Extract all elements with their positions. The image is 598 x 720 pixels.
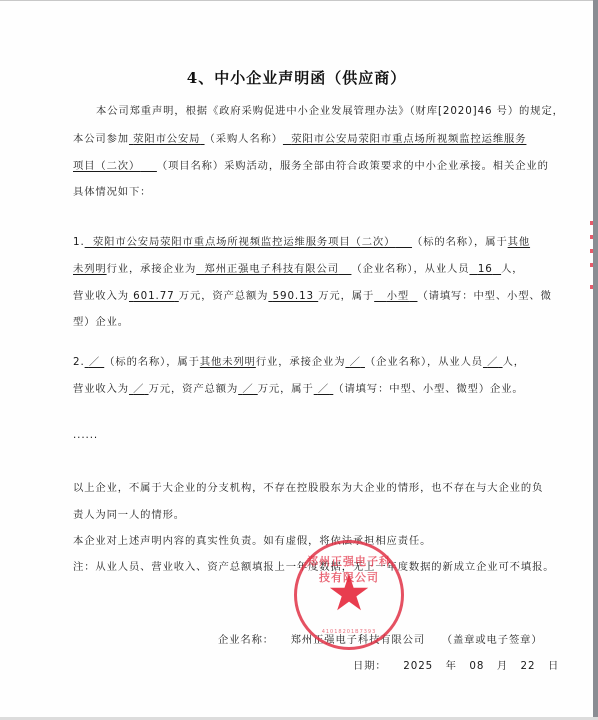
date-label: 日期： bbox=[353, 660, 387, 672]
item2-company: ／ bbox=[345, 356, 365, 368]
company-seal: 郑州正强电子科技有限公司 ★ 41018201B7393 bbox=[294, 540, 404, 650]
document-page: 4、中小企业声明函（供应商） 本公司郑重声明，根据《政府采购促进中小企业发展管理… bbox=[0, 1, 593, 717]
date-line: 日期： 2025 年 08 月 22 日 bbox=[353, 657, 559, 672]
item2-assets: ／ bbox=[238, 383, 258, 395]
intro-line-3: 项目（二次） （项目名称）采购活动，服务全部由符合政策要求的中小企业承接。相关企… bbox=[73, 157, 549, 172]
item1-assets: 590.13 bbox=[268, 290, 318, 302]
seal-hint: （盖章或电子签章） bbox=[442, 634, 543, 646]
year-unit: 年 bbox=[446, 660, 457, 672]
item1-line-3: 营业收入为 601.77 万元，资产总额为 590.13 万元，属于 小型 （请… bbox=[73, 287, 552, 302]
item2-contractor-label: 行业，承接企业为 bbox=[256, 356, 346, 368]
signature-company-label: 企业名称： bbox=[218, 634, 274, 646]
purchaser-label: （采购人名称） bbox=[205, 133, 283, 145]
item2-assets-label: 万元，资产总额为 bbox=[149, 383, 239, 395]
project-name-part2: 项目（二次） bbox=[73, 160, 157, 172]
project-name-part1: 荥阳市公安局荥阳市重点场所视频监控运维服务 bbox=[283, 133, 527, 145]
intro-text: 本公司郑重声明，根据《政府采购促进中小企业发展管理办法》（财库[2020]46 … bbox=[96, 105, 564, 117]
item2-size-hint: （请填写：中型、小型、微型）企业。 bbox=[333, 383, 523, 395]
date-day: 22 bbox=[521, 660, 536, 672]
item1-line-4: 型）企业。 bbox=[73, 313, 129, 328]
item2-industry: 其他未列明 bbox=[200, 356, 256, 368]
seal-code: 41018201B7393 bbox=[317, 629, 381, 635]
item1-revenue: 601.77 bbox=[129, 290, 179, 302]
date-month: 08 bbox=[469, 660, 484, 672]
item1-employees: 16 bbox=[469, 263, 501, 275]
item1-line-1: 1. 荥阳市公安局荥阳市重点场所视频监控运维服务项目（二次） （标的名称），属于… bbox=[73, 233, 530, 248]
item1-contractor-label: 行业，承接企业为 bbox=[107, 263, 197, 275]
intro-participate-label: 本公司参加 bbox=[73, 133, 129, 145]
item2-subject-label: （标的名称），属于 bbox=[104, 356, 200, 368]
item2-subject: ／ bbox=[85, 356, 105, 368]
item1-number: 1. bbox=[73, 236, 85, 248]
item1-company-label: （企业名称），从业人员 bbox=[351, 263, 469, 275]
item1-assets-label: 万元，资产总额为 bbox=[179, 290, 269, 302]
item1-company: 郑州正强电子科技有限公司 bbox=[196, 263, 351, 275]
item1-subject-label: （标的名称），属于 bbox=[412, 236, 508, 248]
statement-1-line-2: 责人为同一人的情形。 bbox=[73, 506, 185, 521]
item2-line-1: 2. ／ （标的名称），属于其他未列明行业，承接企业为 ／ （企业名称），从业人… bbox=[73, 353, 525, 368]
month-unit: 月 bbox=[497, 660, 508, 672]
item1-industry: 其他 bbox=[508, 236, 530, 248]
intro-line-2: 本公司参加 荥阳市公安局 （采购人名称） 荥阳市公安局荥阳市重点场所视频监控运维… bbox=[73, 130, 526, 145]
item1-size-label: 万元，属于 bbox=[318, 290, 374, 302]
item2-size: ／ bbox=[314, 383, 334, 395]
item1-line-2: 未列明行业，承接企业为 郑州正强电子科技有限公司 （企业名称），从业人员 16 … bbox=[73, 260, 523, 275]
purchaser-name: 荥阳市公安局 bbox=[129, 133, 205, 145]
item1-size-hint: （请填写：中型、小型、微 bbox=[417, 290, 551, 302]
item1-size: 小型 bbox=[374, 290, 417, 302]
statement-2: 本企业对上述声明内容的真实性负责。如有虚假，将依法承担相应责任。 bbox=[73, 532, 431, 547]
day-unit: 日 bbox=[548, 660, 559, 672]
item1-subject: 荥阳市公安局荥阳市重点场所视频监控运维服务项目（二次） bbox=[85, 236, 412, 248]
statement-1-line-1: 以上企业，不属于大企业的分支机构，不存在控股股东为大企业的情形，也不存在与大企业… bbox=[73, 479, 543, 494]
item2-revenue-label: 营业收入为 bbox=[73, 383, 129, 395]
ellipsis: ...... bbox=[73, 429, 98, 441]
item1-employees-unit: 人， bbox=[501, 263, 523, 275]
star-icon: ★ bbox=[325, 569, 373, 617]
page-title: 4、中小企业声明函（供应商） bbox=[0, 67, 593, 88]
item1-industry-cont: 未列明 bbox=[73, 263, 107, 275]
item2-line-2: 营业收入为 ／ 万元，资产总额为 ／ 万元，属于 ／ （请填写：中型、小型、微型… bbox=[73, 380, 524, 395]
date-year: 2025 bbox=[403, 660, 433, 672]
item2-employees: ／ bbox=[483, 356, 503, 368]
intro-line-4: 具体情况如下： bbox=[73, 183, 151, 198]
item2-number: 2. bbox=[73, 356, 85, 368]
page-right-edge bbox=[593, 0, 598, 717]
item1-revenue-label: 营业收入为 bbox=[73, 290, 129, 302]
item2-employees-unit: 人， bbox=[503, 356, 525, 368]
project-label: （项目名称）采购活动，服务全部由符合政策要求的中小企业承接。相关企业的 bbox=[157, 160, 549, 172]
intro-line-1: 本公司郑重声明，根据《政府采购促进中小企业发展管理办法》（财库[2020]46 … bbox=[96, 102, 564, 117]
item2-size-label: 万元，属于 bbox=[258, 383, 314, 395]
item2-revenue: ／ bbox=[129, 383, 149, 395]
item2-company-label: （企业名称），从业人员 bbox=[365, 356, 483, 368]
